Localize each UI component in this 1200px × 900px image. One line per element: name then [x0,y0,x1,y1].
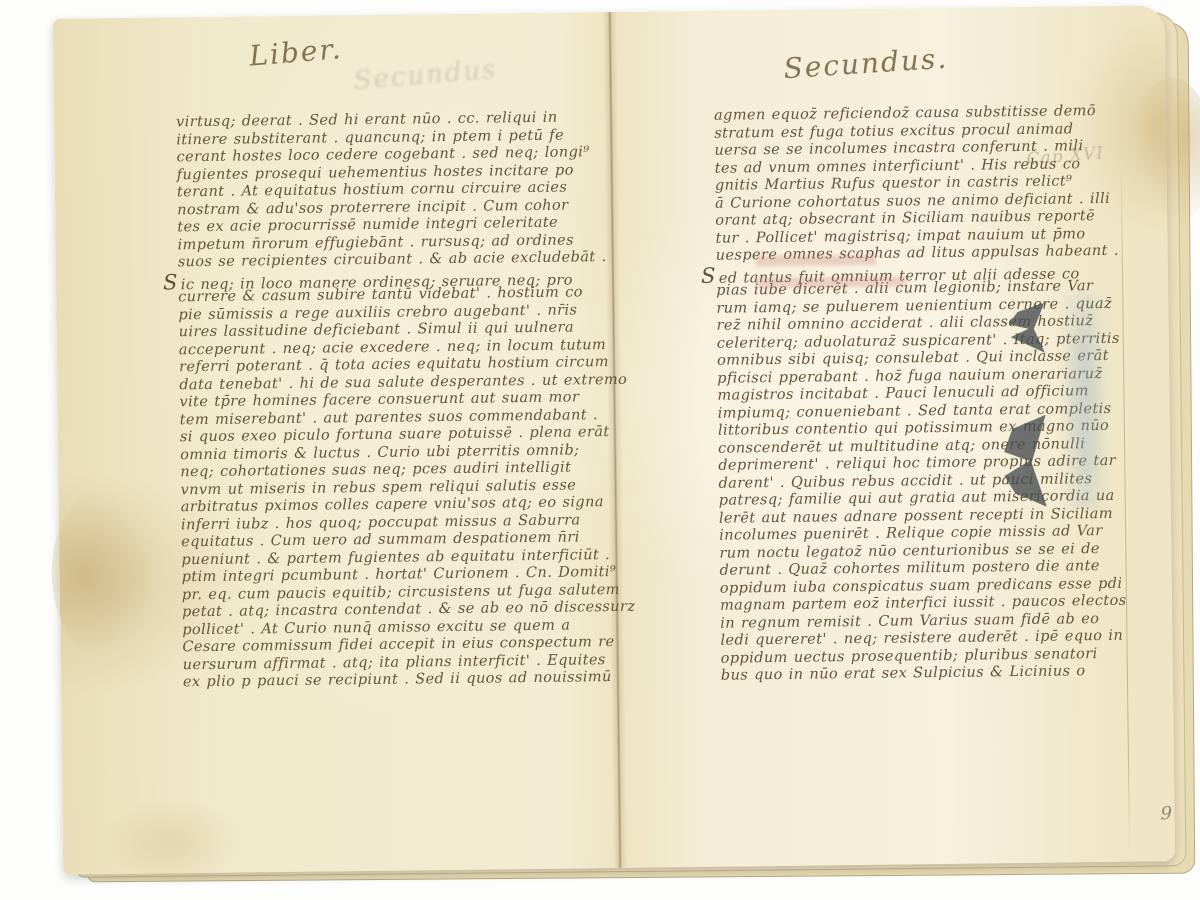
drop-cap-initial: S [701,265,716,286]
folio-page-number: 9 [1160,803,1172,824]
show-through-header: Secundus [353,54,499,96]
left-page-text: virtusq; deerat . Sed hi erant nūo . cc.… [176,109,607,692]
manuscript-line: bus quo in nūo erat sex Sulpicius & Lici… [721,663,1129,685]
manuscript-line: ex plio p pauci se recipiunt . Sed ii qu… [183,669,607,692]
drop-cap-initial: S [163,272,178,293]
show-through-initial [1054,294,1115,510]
show-through-rubric [756,255,876,266]
running-header-left: Liber. [248,32,344,73]
running-header-right: Secundus. [783,42,950,86]
parchment-stain [51,488,163,659]
show-through-rubric [756,276,906,288]
manuscript-spread: Secundus Liber. Secundus. Cap XVI virtus… [53,5,1175,875]
